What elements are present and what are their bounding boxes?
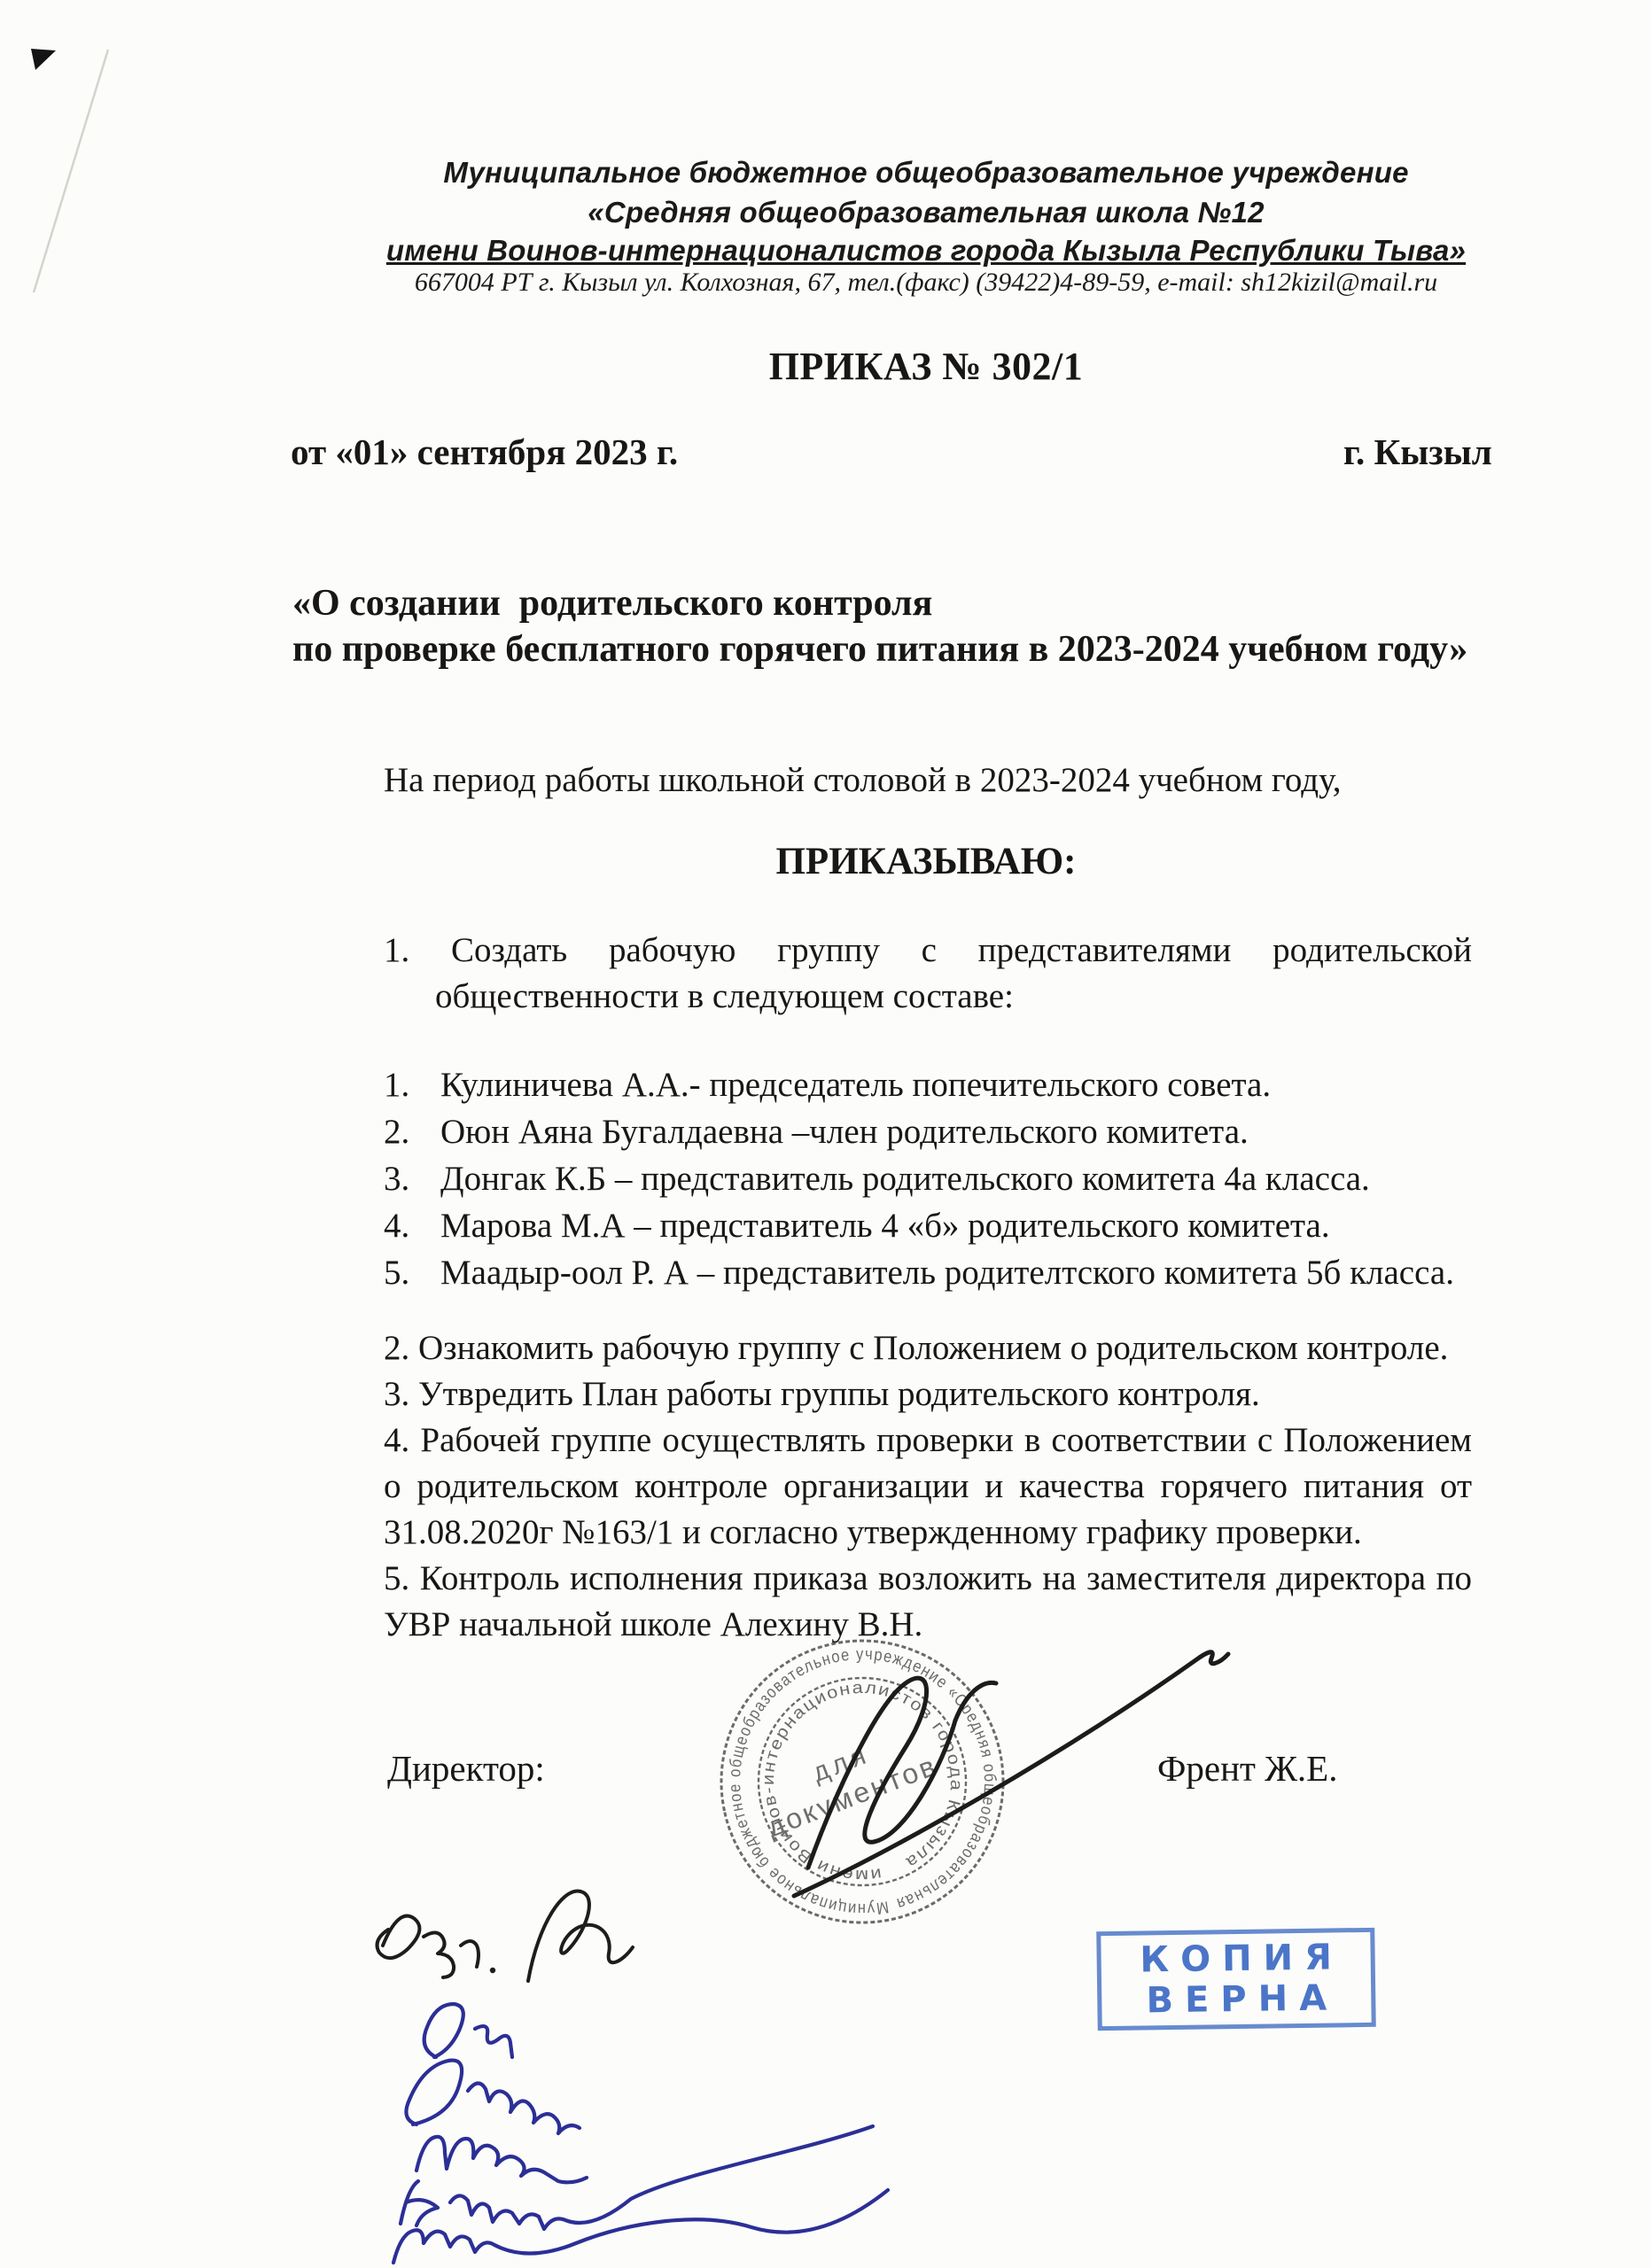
signature-dongak xyxy=(406,2061,580,2133)
handwritten-ozn xyxy=(377,1891,633,1981)
ink-overlay: Муниципальное бюджетное общеобразователь… xyxy=(0,0,1650,2268)
round-school-stamp: Муниципальное бюджетное общеобразователь… xyxy=(695,1614,1029,1948)
scanned-order-document: Муниципальное бюджетное общеобразователь… xyxy=(0,0,1650,2268)
signature-oyun xyxy=(424,2004,512,2057)
scan-corner-mark xyxy=(31,49,56,70)
signature-mareva xyxy=(416,2137,587,2183)
member-signatures xyxy=(393,2004,888,2263)
scan-crease-line xyxy=(34,50,108,292)
